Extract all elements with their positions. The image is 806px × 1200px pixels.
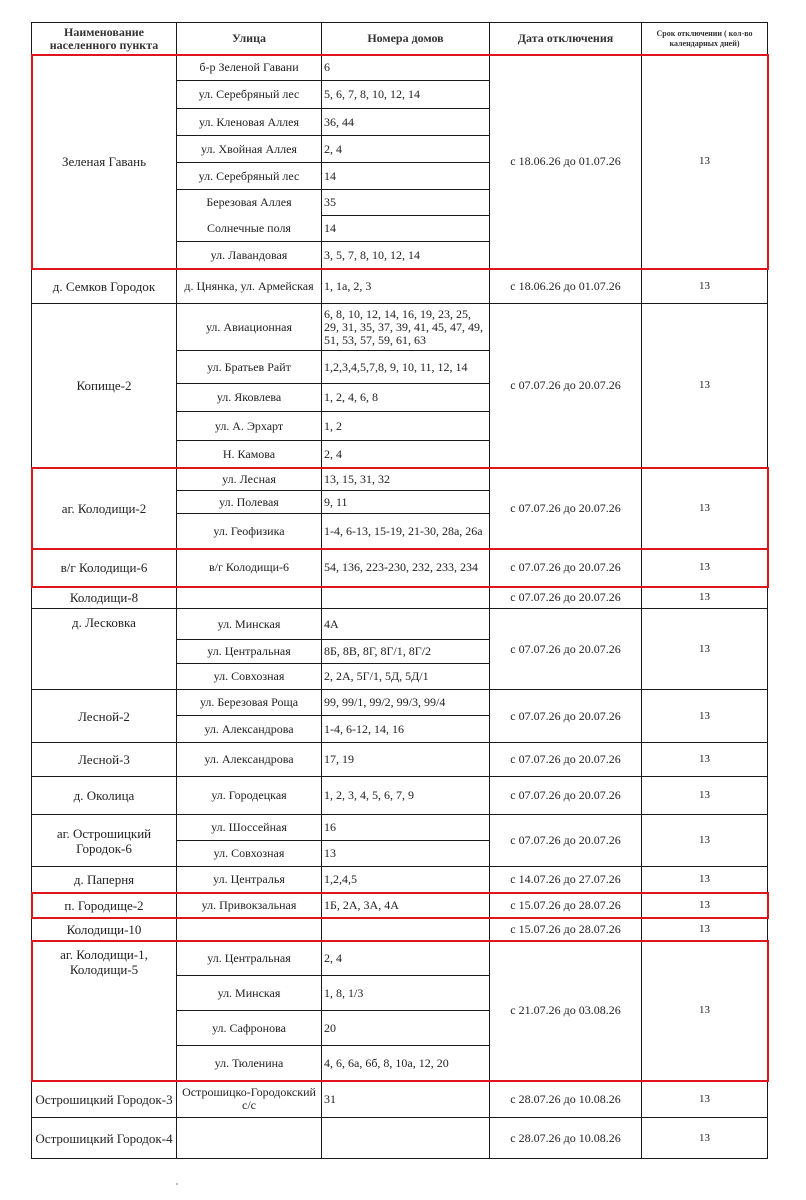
header-street: Улица: [177, 23, 322, 55]
table-row: Лесной-3ул. Александрова17, 19с 07.07.26…: [32, 743, 768, 777]
houses-cell: 54, 136, 223-230, 232, 233, 234: [322, 549, 490, 587]
houses-cell: 16: [322, 815, 490, 841]
street-cell: ул. Привокзальная: [177, 893, 322, 918]
houses-cell: 3, 5, 7, 8, 10, 12, 14: [322, 242, 490, 269]
street-cell: ул. Серебряный лес: [177, 163, 322, 190]
outage-date-cell: с 15.07.26 до 28.07.26: [490, 918, 642, 941]
table-row: аг. Острошицкий Городок-6ул. Шоссейная16…: [32, 815, 768, 841]
outage-date-cell: с 07.07.26 до 20.07.26: [490, 304, 642, 468]
outage-days-cell: 13: [642, 743, 768, 777]
street-cell: ул. Александрова: [177, 716, 322, 743]
houses-cell: 6, 8, 10, 12, 14, 16, 19, 23, 25, 29, 31…: [322, 304, 490, 351]
outage-days-cell: 13: [642, 1081, 768, 1118]
houses-cell: 14: [322, 216, 490, 242]
settlement-cell: аг. Колодищи-2: [32, 468, 177, 549]
scan-speck: [176, 1183, 178, 1185]
street-cell: ул. Хвойная Аллея: [177, 136, 322, 163]
houses-cell: 6: [322, 55, 490, 81]
street-cell: ул. Серебряный лес: [177, 81, 322, 109]
outage-date-cell: с 07.07.26 до 20.07.26: [490, 587, 642, 609]
outage-date-cell: с 07.07.26 до 20.07.26: [490, 690, 642, 743]
houses-cell: 5, 6, 7, 8, 10, 12, 14: [322, 81, 490, 109]
street-cell: б-р Зеленой Гавани: [177, 55, 322, 81]
houses-cell: 1, 2, 3, 4, 5, 6, 7, 9: [322, 777, 490, 815]
table-row: Зеленая Гаваньб-р Зеленой Гавани6с 18.06…: [32, 55, 768, 81]
table-header-row: Наименование населенного пункта Улица Но…: [32, 23, 768, 55]
street-cell: ул. Александрова: [177, 743, 322, 777]
outage-days-cell: 13: [642, 468, 768, 549]
outage-date-cell: с 18.06.26 до 01.07.26: [490, 55, 642, 269]
houses-cell: 1, 8, 1/3: [322, 976, 490, 1011]
table-row: в/г Колодищи-6в/г Колодищи-654, 136, 223…: [32, 549, 768, 587]
settlement-cell: аг. Колодищи-1, Колодищи-5: [32, 941, 177, 1081]
street-cell: ул. Центральная: [177, 640, 322, 664]
street-cell: ул. Тюленина: [177, 1046, 322, 1081]
outage-schedule-sheet: Наименование населенного пункта Улица Но…: [31, 22, 767, 1159]
houses-cell: 1, 2: [322, 412, 490, 441]
street-cell: ул. Совхозная: [177, 664, 322, 690]
settlement-cell: д. Лесковка: [32, 609, 177, 690]
table-row: д. Семков Городокд. Цнянка, ул. Армейска…: [32, 269, 768, 304]
houses-cell: [322, 918, 490, 941]
outage-days-cell: 13: [642, 918, 768, 941]
settlement-cell: Лесной-3: [32, 743, 177, 777]
settlement-cell: п. Городище-2: [32, 893, 177, 918]
table-row: Лесной-2ул. Березовая Роща99, 99/1, 99/2…: [32, 690, 768, 716]
settlement-cell: д. Паперня: [32, 867, 177, 893]
street-cell: ул. Полевая: [177, 491, 322, 514]
street-cell: ул. Авиационная: [177, 304, 322, 351]
street-cell: ул. Централья: [177, 867, 322, 893]
outage-date-cell: с 07.07.26 до 20.07.26: [490, 815, 642, 867]
houses-cell: 4А: [322, 609, 490, 640]
houses-cell: 35: [322, 190, 490, 216]
street-cell: [177, 1118, 322, 1159]
header-duration: Срок отключении ( кол-во календарных дне…: [642, 23, 768, 55]
houses-cell: 2, 4: [322, 441, 490, 468]
street-cell: Острошицко-Городокский с/с: [177, 1081, 322, 1118]
outage-days-cell: 13: [642, 587, 768, 609]
street-cell: ул. Городецкая: [177, 777, 322, 815]
outage-days-cell: 13: [642, 690, 768, 743]
houses-cell: 2, 2А, 5Г/1, 5Д, 5Д/1: [322, 664, 490, 690]
street-cell: ул. Геофизика: [177, 514, 322, 549]
houses-cell: 99, 99/1, 99/2, 99/3, 99/4: [322, 690, 490, 716]
street-cell: ул. Совхозная: [177, 841, 322, 867]
street-cell: ул. Шоссейная: [177, 815, 322, 841]
houses-cell: 17, 19: [322, 743, 490, 777]
street-cell: в/г Колодищи-6: [177, 549, 322, 587]
outage-days-cell: 13: [642, 549, 768, 587]
outage-date-cell: с 07.07.26 до 20.07.26: [490, 549, 642, 587]
outage-days-cell: 13: [642, 777, 768, 815]
outage-date-cell: с 07.07.26 до 20.07.26: [490, 468, 642, 549]
settlement-cell: в/г Колодищи-6: [32, 549, 177, 587]
outage-days-cell: 13: [642, 55, 768, 269]
outage-date-cell: с 07.07.26 до 20.07.26: [490, 743, 642, 777]
outage-date-cell: с 07.07.26 до 20.07.26: [490, 609, 642, 690]
table-row: Колодищи-8с 07.07.26 до 20.07.2613: [32, 587, 768, 609]
outage-date-cell: с 28.07.26 до 10.08.26: [490, 1118, 642, 1159]
settlement-cell: д. Семков Городок: [32, 269, 177, 304]
houses-cell: 31: [322, 1081, 490, 1118]
settlement-cell: аг. Острошицкий Городок-6: [32, 815, 177, 867]
street-cell: ул. Лесная: [177, 468, 322, 491]
houses-cell: 1,2,4,5: [322, 867, 490, 893]
table-row: аг. Колодищи-1, Колодищи-5ул. Центральна…: [32, 941, 768, 976]
houses-cell: 13: [322, 841, 490, 867]
settlement-cell: Лесной-2: [32, 690, 177, 743]
houses-cell: 4, 6, 6а, 6б, 8, 10а, 12, 20: [322, 1046, 490, 1081]
street-cell: Солнечные поля: [177, 216, 322, 242]
settlement-cell: д. Околица: [32, 777, 177, 815]
table-row: д. Околицаул. Городецкая1, 2, 3, 4, 5, 6…: [32, 777, 768, 815]
outage-days-cell: 13: [642, 867, 768, 893]
table-row: д. Лесковкаул. Минская4Ас 07.07.26 до 20…: [32, 609, 768, 640]
settlement-cell: Колодищи-8: [32, 587, 177, 609]
outage-date-cell: с 14.07.26 до 27.07.26: [490, 867, 642, 893]
table-row: п. Городище-2ул. Привокзальная1Б, 2А, 3А…: [32, 893, 768, 918]
houses-cell: 1-4, 6-12, 14, 16: [322, 716, 490, 743]
table-row: Колодищи-10с 15.07.26 до 28.07.2613: [32, 918, 768, 941]
houses-cell: [322, 1118, 490, 1159]
houses-cell: 13, 15, 31, 32: [322, 468, 490, 491]
street-cell: ул. Яковлева: [177, 384, 322, 412]
outage-date-cell: с 18.06.26 до 01.07.26: [490, 269, 642, 304]
outage-days-cell: 13: [642, 893, 768, 918]
street-cell: ул. А. Эрхарт: [177, 412, 322, 441]
street-cell: [177, 918, 322, 941]
outage-date-cell: с 15.07.26 до 28.07.26: [490, 893, 642, 918]
houses-cell: 1Б, 2А, 3А, 4А: [322, 893, 490, 918]
settlement-cell: Колодищи-10: [32, 918, 177, 941]
outage-date-cell: с 07.07.26 до 20.07.26: [490, 777, 642, 815]
street-cell: ул. Минская: [177, 976, 322, 1011]
outage-date-cell: с 21.07.26 до 03.08.26: [490, 941, 642, 1081]
outage-days-cell: 13: [642, 1118, 768, 1159]
table-row: д. Паперняул. Централья1,2,4,5с 14.07.26…: [32, 867, 768, 893]
houses-cell: 20: [322, 1011, 490, 1046]
street-cell: ул. Лавандовая: [177, 242, 322, 269]
outage-days-cell: 13: [642, 815, 768, 867]
houses-cell: 1,2,3,4,5,7,8, 9, 10, 11, 12, 14: [322, 351, 490, 384]
houses-cell: 2, 4: [322, 136, 490, 163]
street-cell: ул. Березовая Роща: [177, 690, 322, 716]
houses-cell: 36, 44: [322, 109, 490, 136]
outage-days-cell: 13: [642, 609, 768, 690]
street-cell: ул. Сафронова: [177, 1011, 322, 1046]
street-cell: д. Цнянка, ул. Армейская: [177, 269, 322, 304]
table-row: Острошицкий Городок-3Острошицко-Городокс…: [32, 1081, 768, 1118]
header-settlement: Наименование населенного пункта: [32, 23, 177, 55]
settlement-cell: Острошицкий Городок-4: [32, 1118, 177, 1159]
street-cell: ул. Братьев Райт: [177, 351, 322, 384]
header-houses: Номера домов: [322, 23, 490, 55]
houses-cell: 2, 4: [322, 941, 490, 976]
table-body: Зеленая Гаваньб-р Зеленой Гавани6с 18.06…: [32, 55, 768, 1159]
houses-cell: 8Б, 8В, 8Г, 8Г/1, 8Г/2: [322, 640, 490, 664]
houses-cell: 1, 1а, 2, 3: [322, 269, 490, 304]
table-row: Острошицкий Городок-4с 28.07.26 до 10.08…: [32, 1118, 768, 1159]
street-cell: Н. Камова: [177, 441, 322, 468]
outage-days-cell: 13: [642, 269, 768, 304]
houses-cell: 1, 2, 4, 6, 8: [322, 384, 490, 412]
street-cell: ул. Кленовая Аллея: [177, 109, 322, 136]
outage-days-cell: 13: [642, 941, 768, 1081]
table-row: Копище-2ул. Авиационная6, 8, 10, 12, 14,…: [32, 304, 768, 351]
table-row: аг. Колодищи-2ул. Лесная13, 15, 31, 32с …: [32, 468, 768, 491]
houses-cell: 1-4, 6-13, 15-19, 21-30, 28а, 26а: [322, 514, 490, 549]
houses-cell: [322, 587, 490, 609]
outage-days-cell: 13: [642, 304, 768, 468]
street-cell: [177, 587, 322, 609]
street-cell: ул. Центральная: [177, 941, 322, 976]
header-date: Дата отключения: [490, 23, 642, 55]
houses-cell: 14: [322, 163, 490, 190]
settlement-cell: Зеленая Гавань: [32, 55, 177, 269]
outage-date-cell: с 28.07.26 до 10.08.26: [490, 1081, 642, 1118]
settlement-cell: Копище-2: [32, 304, 177, 468]
street-cell: Березовая Аллея: [177, 190, 322, 216]
settlement-cell: Острошицкий Городок-3: [32, 1081, 177, 1118]
street-cell: ул. Минская: [177, 609, 322, 640]
houses-cell: 9, 11: [322, 491, 490, 514]
outage-schedule-table: Наименование населенного пункта Улица Но…: [31, 22, 768, 1159]
